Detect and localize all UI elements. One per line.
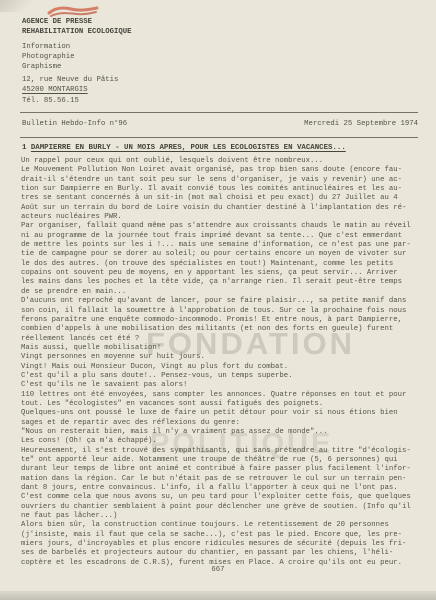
separator-rule-bottom <box>20 137 418 138</box>
service-photographie: Photographie <box>22 52 75 62</box>
service-information: Information <box>22 42 70 52</box>
service-graphisme: Graphisme <box>22 62 61 72</box>
article-body: Un rappel pour ceux qui ont oublié, lesq… <box>21 157 425 568</box>
scanned-bulletin-page: FONDATION POLITIQUE AGENCE DE PRESSE REH… <box>0 0 436 600</box>
bulletin-name: Bulletin Hebdo-Info n°96 <box>22 119 127 129</box>
bulletin-date: Mercredi 25 Septembre 1974 <box>304 119 418 129</box>
scan-bottom-edge <box>0 593 436 600</box>
phone-number: Tél. 85.56.15 <box>22 96 79 106</box>
agency-name-line2: REHABILITATION ECOLOGIQUE <box>22 27 131 37</box>
article-title: DAMPIERRE EN BURLY - UN MOIS APRES, POUR… <box>31 144 346 152</box>
separator-rule-top <box>20 112 418 113</box>
article-title-row: 1 DAMPIERRE EN BURLY - UN MOIS APRES, PO… <box>22 144 346 152</box>
address-street: 12, rue Neuve du Pâtis <box>22 75 118 85</box>
address-city: 45200 MONTARGIS <box>22 85 88 95</box>
page-number: 667 <box>0 566 436 574</box>
scan-corner-shade <box>0 0 40 12</box>
agency-name-line1: AGENCE DE PRESSE <box>22 17 92 27</box>
